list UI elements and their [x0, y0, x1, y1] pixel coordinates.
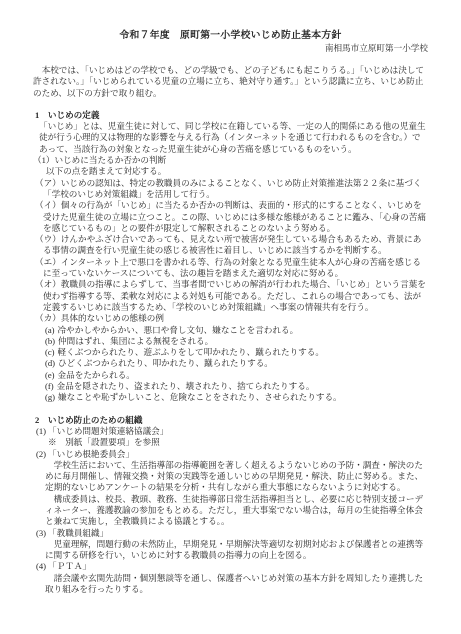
point-item-e: （エ）インターネット上で悪口を書かれる等、行為の対象となる児童生徒本人が心身の苦…: [35, 257, 428, 280]
example-text: 軽くぶつかられたり、遊ぶふりをして叩かれたり、蹴られたりする。: [58, 347, 324, 357]
point-label: （エ）: [35, 257, 61, 267]
example-item: (c)軽くぶつかられたり、遊ぶふりをして叩かれたり、蹴られたりする。: [45, 347, 428, 358]
example-text: 仲間はずれ、集団による無視をされる。: [58, 336, 213, 346]
point-item-u: （ウ）けんかやふざけ合いであっても、見えない所で被害が発生している場合もあるため…: [35, 234, 428, 257]
org-item-label: (2): [36, 449, 46, 459]
org-item-label: (1): [36, 426, 46, 436]
point-label: （ア）: [35, 178, 61, 188]
example-item: (e)金品をたかられる。: [45, 370, 428, 381]
org-item-2-title-line: (2)「いじめ根絶委員会」: [36, 449, 428, 460]
example-label: (a): [45, 325, 55, 335]
judgment-item-label: （1）いじめに当たるか否かの判断: [33, 155, 428, 166]
example-label: (f): [45, 381, 54, 391]
example-label: (e): [45, 370, 55, 380]
point-label: （イ）: [35, 200, 61, 210]
org-item-label: (3): [36, 528, 46, 538]
point-item-a: （ア）いじめの認知は、特定の教職員のみによることなく、いじめ防止対策推進法第２２…: [35, 178, 428, 201]
school-name: 南相馬市立原町第一小学校: [33, 42, 428, 54]
org-item-2-paragraph-1: 学校生活において、生活指導部の指導範囲を著しく超えるようないじめの予防・調査・解…: [45, 460, 428, 494]
example-item: (b)仲間はずれ、集団による無視をされる。: [45, 336, 428, 347]
org-item-4-paragraph-1: 諸会議や玄関先訪問・個別懇談等を通し、保護者へいじめ対策の基本方針を周知したり連…: [45, 573, 428, 596]
document-page: 令和７年度 原町第一小学校いじめ防止基本方針 南相馬市立原町第一小学校 本校では…: [0, 0, 461, 634]
org-item-3-paragraph-1: 児童理解，問題行動の未然防止，早期発見・早期解決等適切な初期対応および保護者との…: [45, 539, 428, 562]
point-text: 具体的ないじめの態様の例: [61, 313, 164, 323]
example-item: (g)嫌なことや恥ずかしいこと、危険なことをされたり、させられたりする。: [45, 392, 428, 403]
example-item: (a)冷やかしやからかい、悪口や脅し文句、嫌なことを言われる。: [45, 325, 428, 336]
example-text: 金品をたかられる。: [58, 370, 135, 380]
point-label: （カ）: [35, 313, 61, 323]
point-item-ka: （カ）具体的ないじめの態様の例: [35, 313, 428, 324]
org-item-title: 「いじめ問題対策連絡協議会」: [48, 426, 168, 436]
org-item-2-paragraph-2: 構成委員は、校長、教頭、教務、生徒指導部日常生活指導担当とし、必要に応じ特別支援…: [45, 494, 428, 528]
example-label: (g): [45, 392, 55, 402]
point-text: けんかやふざけ合いであっても、見えない所で被害が発生している場合もあるため、背景…: [43, 234, 421, 255]
intro-paragraph: 本校では、「いじめはどの学校でも、どの学級でも、どの子どもにも起こりうる。」「い…: [33, 65, 428, 99]
judgment-item-note: 以下の点を踏まえて対応する。: [46, 166, 428, 177]
example-text: 嫌なことや恥ずかしいこと、危険なことをされたり、させられたりする。: [58, 392, 342, 402]
example-item: (d)ひどくぶつかられたり、叩かれたり、蹴られたりする。: [45, 358, 428, 369]
org-item-title: 「教職員組織」: [48, 528, 108, 538]
example-label: (b): [45, 336, 55, 346]
example-item: (f)金品を隠されたり、盗まれたり、壊されたり、捨てられたりする。: [45, 381, 428, 392]
org-item-4-title-line: (4)「ＰＴＡ」: [36, 561, 428, 572]
section-2-heading: 2 いじめ防止のための組織: [35, 415, 428, 426]
point-text: 教職員の指導によらずして、当事者間でいじめの解消が行われた場合、「いじめ」という…: [43, 279, 426, 312]
example-label: (c): [45, 347, 55, 357]
org-item-label: (4): [36, 561, 46, 571]
point-text: いじめの認知は、特定の教職員のみによることなく、いじめ防止対策推進法第２２条に基…: [43, 178, 422, 199]
point-item-o: （オ）教職員の指導によらずして、当事者間でいじめの解消が行われた場合、「いじめ」…: [35, 279, 428, 313]
example-text: 冷やかしやからかい、悪口や脅し文句、嫌なことを言われる。: [58, 325, 299, 335]
point-text: インターネット上で悪口を書かれる等、行為の対象となる児童生徒本人が心身の苦痛を感…: [43, 257, 421, 278]
point-label: （ウ）: [35, 234, 61, 244]
point-item-i: （イ）個々の行為が「いじめ」に当たるか否かの判断は、表面的・形式的にすることなく…: [35, 200, 428, 234]
org-item-title: 「ＰＴＡ」: [48, 561, 91, 571]
example-text: 金品を隠されたり、盗まれたり、壊されたり、捨てられたりする。: [57, 381, 315, 391]
point-text: 個々の行為が「いじめ」に当たるか否かの判断は、表面的・形式的にすることなく、いじ…: [43, 200, 426, 233]
bullying-definition-paragraph: 「いじめ」とは、児童生徒に対して、同じ学校に在籍している等、一定の人的関係にある…: [39, 121, 428, 155]
org-item-1-note: ※ 別紙「設置要項」を参照: [48, 437, 428, 448]
point-label: （オ）: [35, 279, 61, 289]
section-1-heading: 1 いじめの定義: [35, 110, 428, 121]
example-text: ひどくぶつかられたり、叩かれたり、蹴られたりする。: [58, 358, 273, 368]
example-label: (d): [45, 358, 55, 368]
document-title: 令和７年度 原町第一小学校いじめ防止基本方針: [33, 29, 428, 42]
org-item-1-title-line: (1)「いじめ問題対策連絡協議会」: [36, 426, 428, 437]
org-item-title: 「いじめ根絶委員会」: [48, 449, 134, 459]
org-item-3-title-line: (3)「教職員組織」: [36, 528, 428, 539]
